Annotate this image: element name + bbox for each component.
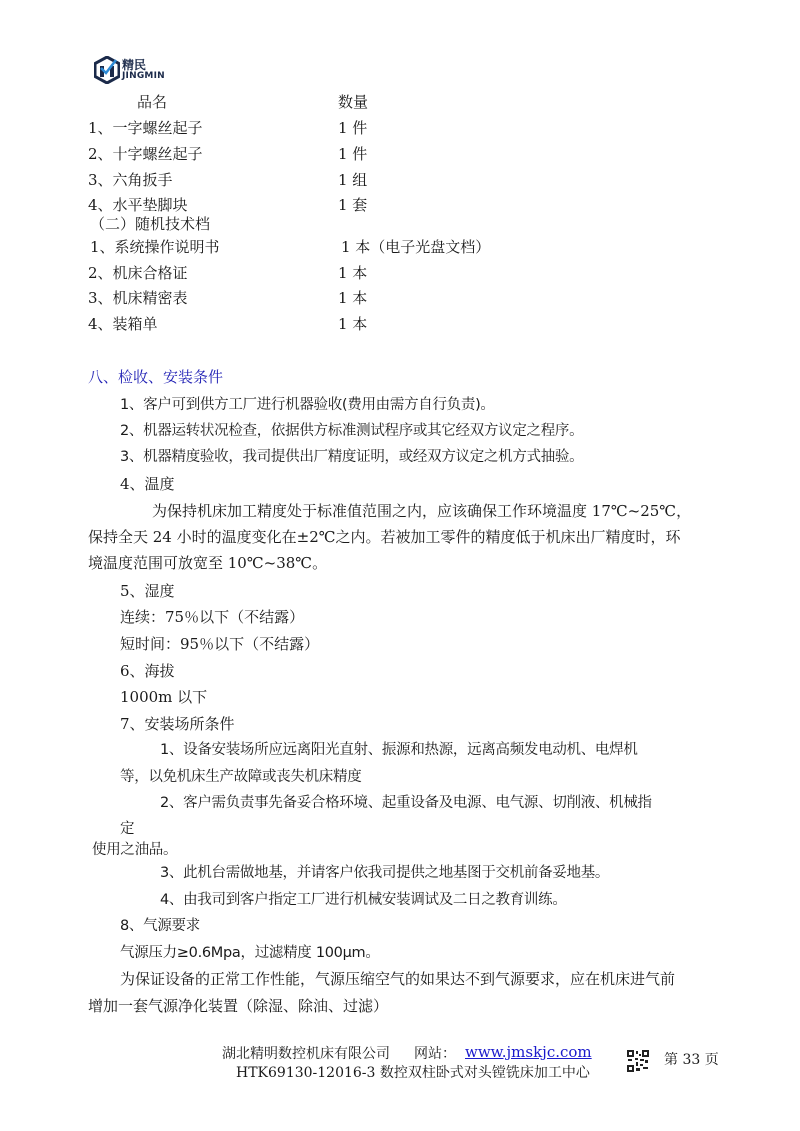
paragraph: 1、客户可到供方工厂进行机器验收(费用由需方自行负责)。: [120, 398, 495, 413]
altitude-value: 1000m 以下: [120, 690, 207, 705]
logo-text-en: JINGMIN: [122, 71, 165, 81]
humidity-continuous: 连续：75％以下（不结露）: [120, 610, 304, 625]
footer-model: HTK69130-12016-3 数控双柱卧式对头镗铣床加工中心: [236, 1066, 590, 1080]
tech-docs-title: （二）随机技术档: [90, 217, 210, 232]
subheading-air-supply: 8、气源要求: [120, 919, 200, 934]
column-header-qty: 数量: [338, 95, 368, 110]
paragraph-line: 1、设备安装场所应远离阳光直射、振源和热源，远离高频发电动机、电焊机: [160, 743, 638, 758]
section-heading: 八、检收、安装条件: [88, 370, 223, 385]
item-qty: 1 件: [338, 147, 367, 162]
item-name: 1、一字螺丝起子: [88, 121, 203, 136]
doc-qty: 1 本: [338, 266, 367, 281]
jingmin-logo-icon: [94, 56, 120, 84]
doc-qty: 1 本: [338, 317, 367, 332]
air-supply-spec: 气源压力≥0.6Mpa，过滤精度 100μm。: [120, 946, 380, 961]
doc-qty: 1 本: [338, 291, 367, 306]
item-qty: 1 件: [338, 121, 367, 136]
paragraph-line: 境温度范围可放宽至 10℃~38℃。: [88, 556, 327, 571]
paragraph-line: 为保持机床加工精度处于标准值范围之内，应该确保工作环境温度 17℃~25℃，: [152, 504, 691, 519]
paragraph: 2、机器运转状况检查，依据供方标准测试程序或其它经双方议定之程序。: [120, 424, 583, 439]
item-name: 3、六角扳手: [88, 173, 173, 188]
doc-name: 3、机床精密表: [88, 291, 188, 306]
paragraph-line: 2、客户需负责事先备妥合格环境、起重设备及电源、电气源、切削液、机械指: [160, 796, 652, 811]
subheading-altitude: 6、海拔: [120, 664, 175, 679]
company-logo: 精民 JINGMIN: [94, 54, 174, 88]
humidity-short-term: 短时间：95％以下（不结露）: [120, 637, 319, 652]
paragraph-line: 增加一套气源净化装置（除湿、除油、过滤）: [88, 999, 388, 1014]
item-name: 2、十字螺丝起子: [88, 147, 203, 162]
subheading-humidity: 5、湿度: [120, 584, 175, 599]
paragraph: 3、机器精度验收，我司提供出厂精度证明，或经双方议定之机方式抽验。: [120, 450, 583, 465]
footer-website-link[interactable]: www.jmskjc.com: [465, 1045, 592, 1060]
paragraph-line: 使用之油品。: [92, 843, 177, 858]
doc-name: 2、机床合格证: [88, 266, 188, 281]
doc-name: 1、系统操作说明书: [90, 240, 220, 255]
footer-company: 湖北精明数控机床有限公司: [222, 1047, 390, 1061]
paragraph-line: 保持全天 24 小时的温度变化在±2℃之内。若被加工零件的精度低于机床出厂精度时…: [88, 530, 681, 545]
item-qty: 1 组: [338, 173, 367, 188]
paragraph-line: 为保证设备的正常工作性能，气源压缩空气的如果达不到气源要求，应在机床进气前: [120, 972, 675, 987]
doc-qty: 1 本（电子光盘文档）: [341, 240, 490, 255]
subheading-temperature: 4、温度: [120, 477, 175, 492]
column-header-name: 品名: [137, 95, 167, 110]
footer-site-label: 网站：: [414, 1047, 456, 1061]
doc-name: 4、装箱单: [88, 317, 158, 332]
page-number: 第 33 页: [664, 1053, 719, 1067]
item-name: 4、水平垫脚块: [88, 198, 188, 213]
subheading-site: 7、安装场所条件: [120, 717, 235, 732]
item-qty: 1 套: [338, 198, 367, 213]
qr-code-icon: [627, 1050, 649, 1072]
paragraph-line: 定: [120, 822, 134, 837]
paragraph-line: 4、由我司到客户指定工厂进行机械安装调试及二日之教育训练。: [160, 893, 567, 908]
paragraph-line: 3、此机台需做地基，并请客户依我司提供之地基图于交机前备妥地基。: [160, 866, 609, 881]
paragraph-line: 等，以免机床生产故障或丧失机床精度: [120, 770, 361, 785]
